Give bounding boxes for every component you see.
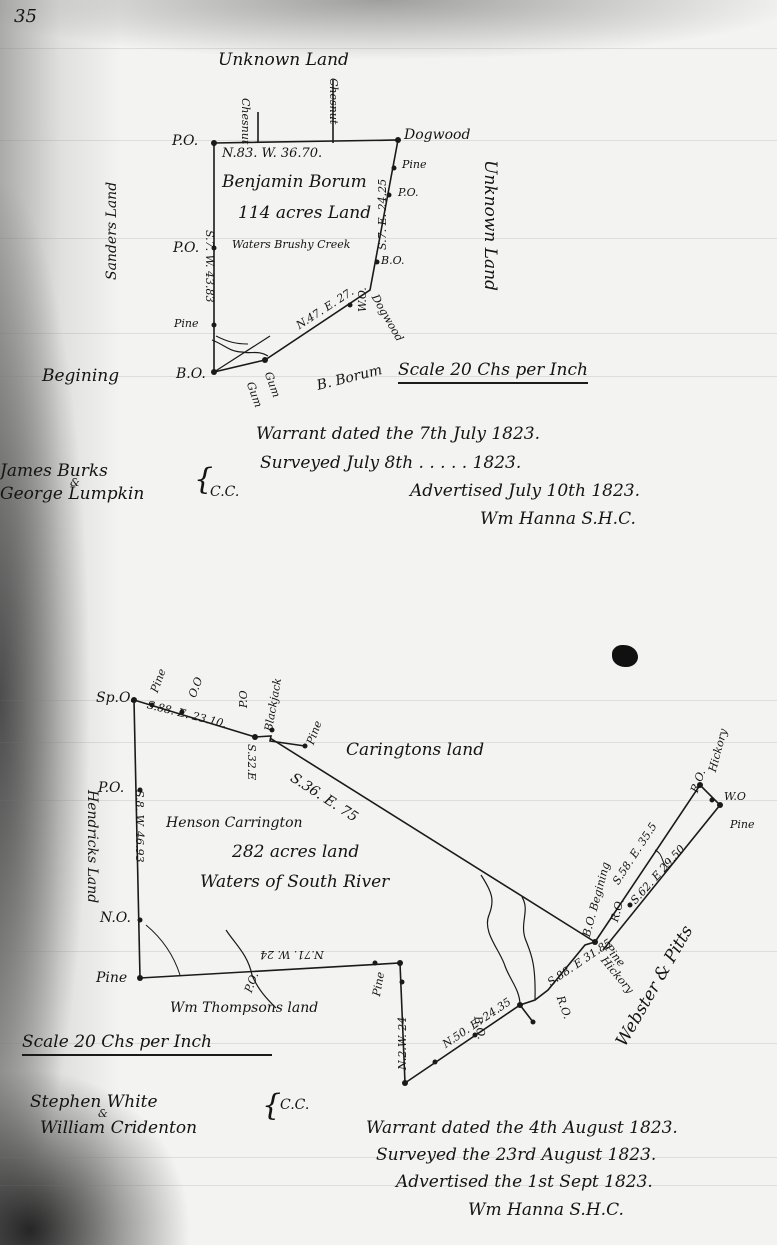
plat2-acreage: 282 acres land [232, 842, 359, 862]
plat2-waters: Waters of South River [200, 872, 389, 892]
plat2-call-west: S.8. W. 46.93 [133, 790, 146, 863]
plat2-chain-carrier-suffix: C.C. [280, 1097, 309, 1113]
plat2-chain-carrier-brace: { [262, 1088, 281, 1123]
plat2-call-south: N.71. W. 24 [260, 948, 324, 961]
plat2-chain-carrier-2: William Cridenton [40, 1118, 197, 1138]
plat2-corner-sw-pine: Pine [96, 970, 127, 986]
plat2-call-east-vert: N.2.W. 24 [396, 1017, 409, 1070]
plat2-surveyor: Wm Hanna S.H.C. [468, 1200, 624, 1220]
plat2-surveyed: Surveyed the 23rd August 1823. [376, 1145, 656, 1165]
plat2-corner-n-po: P.O [237, 690, 250, 708]
plat-2-boundary [0, 0, 777, 1245]
plat2-south-adjoiner: Wm Thompsons land [170, 1000, 318, 1016]
plat2-corner-e-wo: W.O [724, 790, 746, 803]
plat2-corner-w-po: P.O. [98, 780, 124, 796]
plat2-chain-carrier-1: Stephen White [30, 1092, 158, 1112]
plat2-call-north2: S.32.E [245, 744, 258, 780]
plat2-corner-nw: Sp.O. [96, 690, 134, 706]
plat2-north-adjoiner: Caringtons land [346, 740, 484, 760]
plat2-scale: Scale 20 Chs per Inch [22, 1032, 272, 1056]
plat2-warrant: Warrant dated the 4th August 1823. [366, 1118, 678, 1138]
plat2-west-adjoiner: Hendricks Land [84, 790, 100, 903]
plat2-owner: Henson Carrington [166, 815, 303, 831]
plat2-advertised: Advertised the 1st Sept 1823. [396, 1172, 653, 1192]
plat2-corner-w-no: N.O. [100, 910, 131, 926]
plat2-corner-e-pine: Pine [730, 818, 755, 831]
document-page: 35 Unknown Land Chesnut Chesnut P.O. N.8… [0, 0, 777, 1245]
